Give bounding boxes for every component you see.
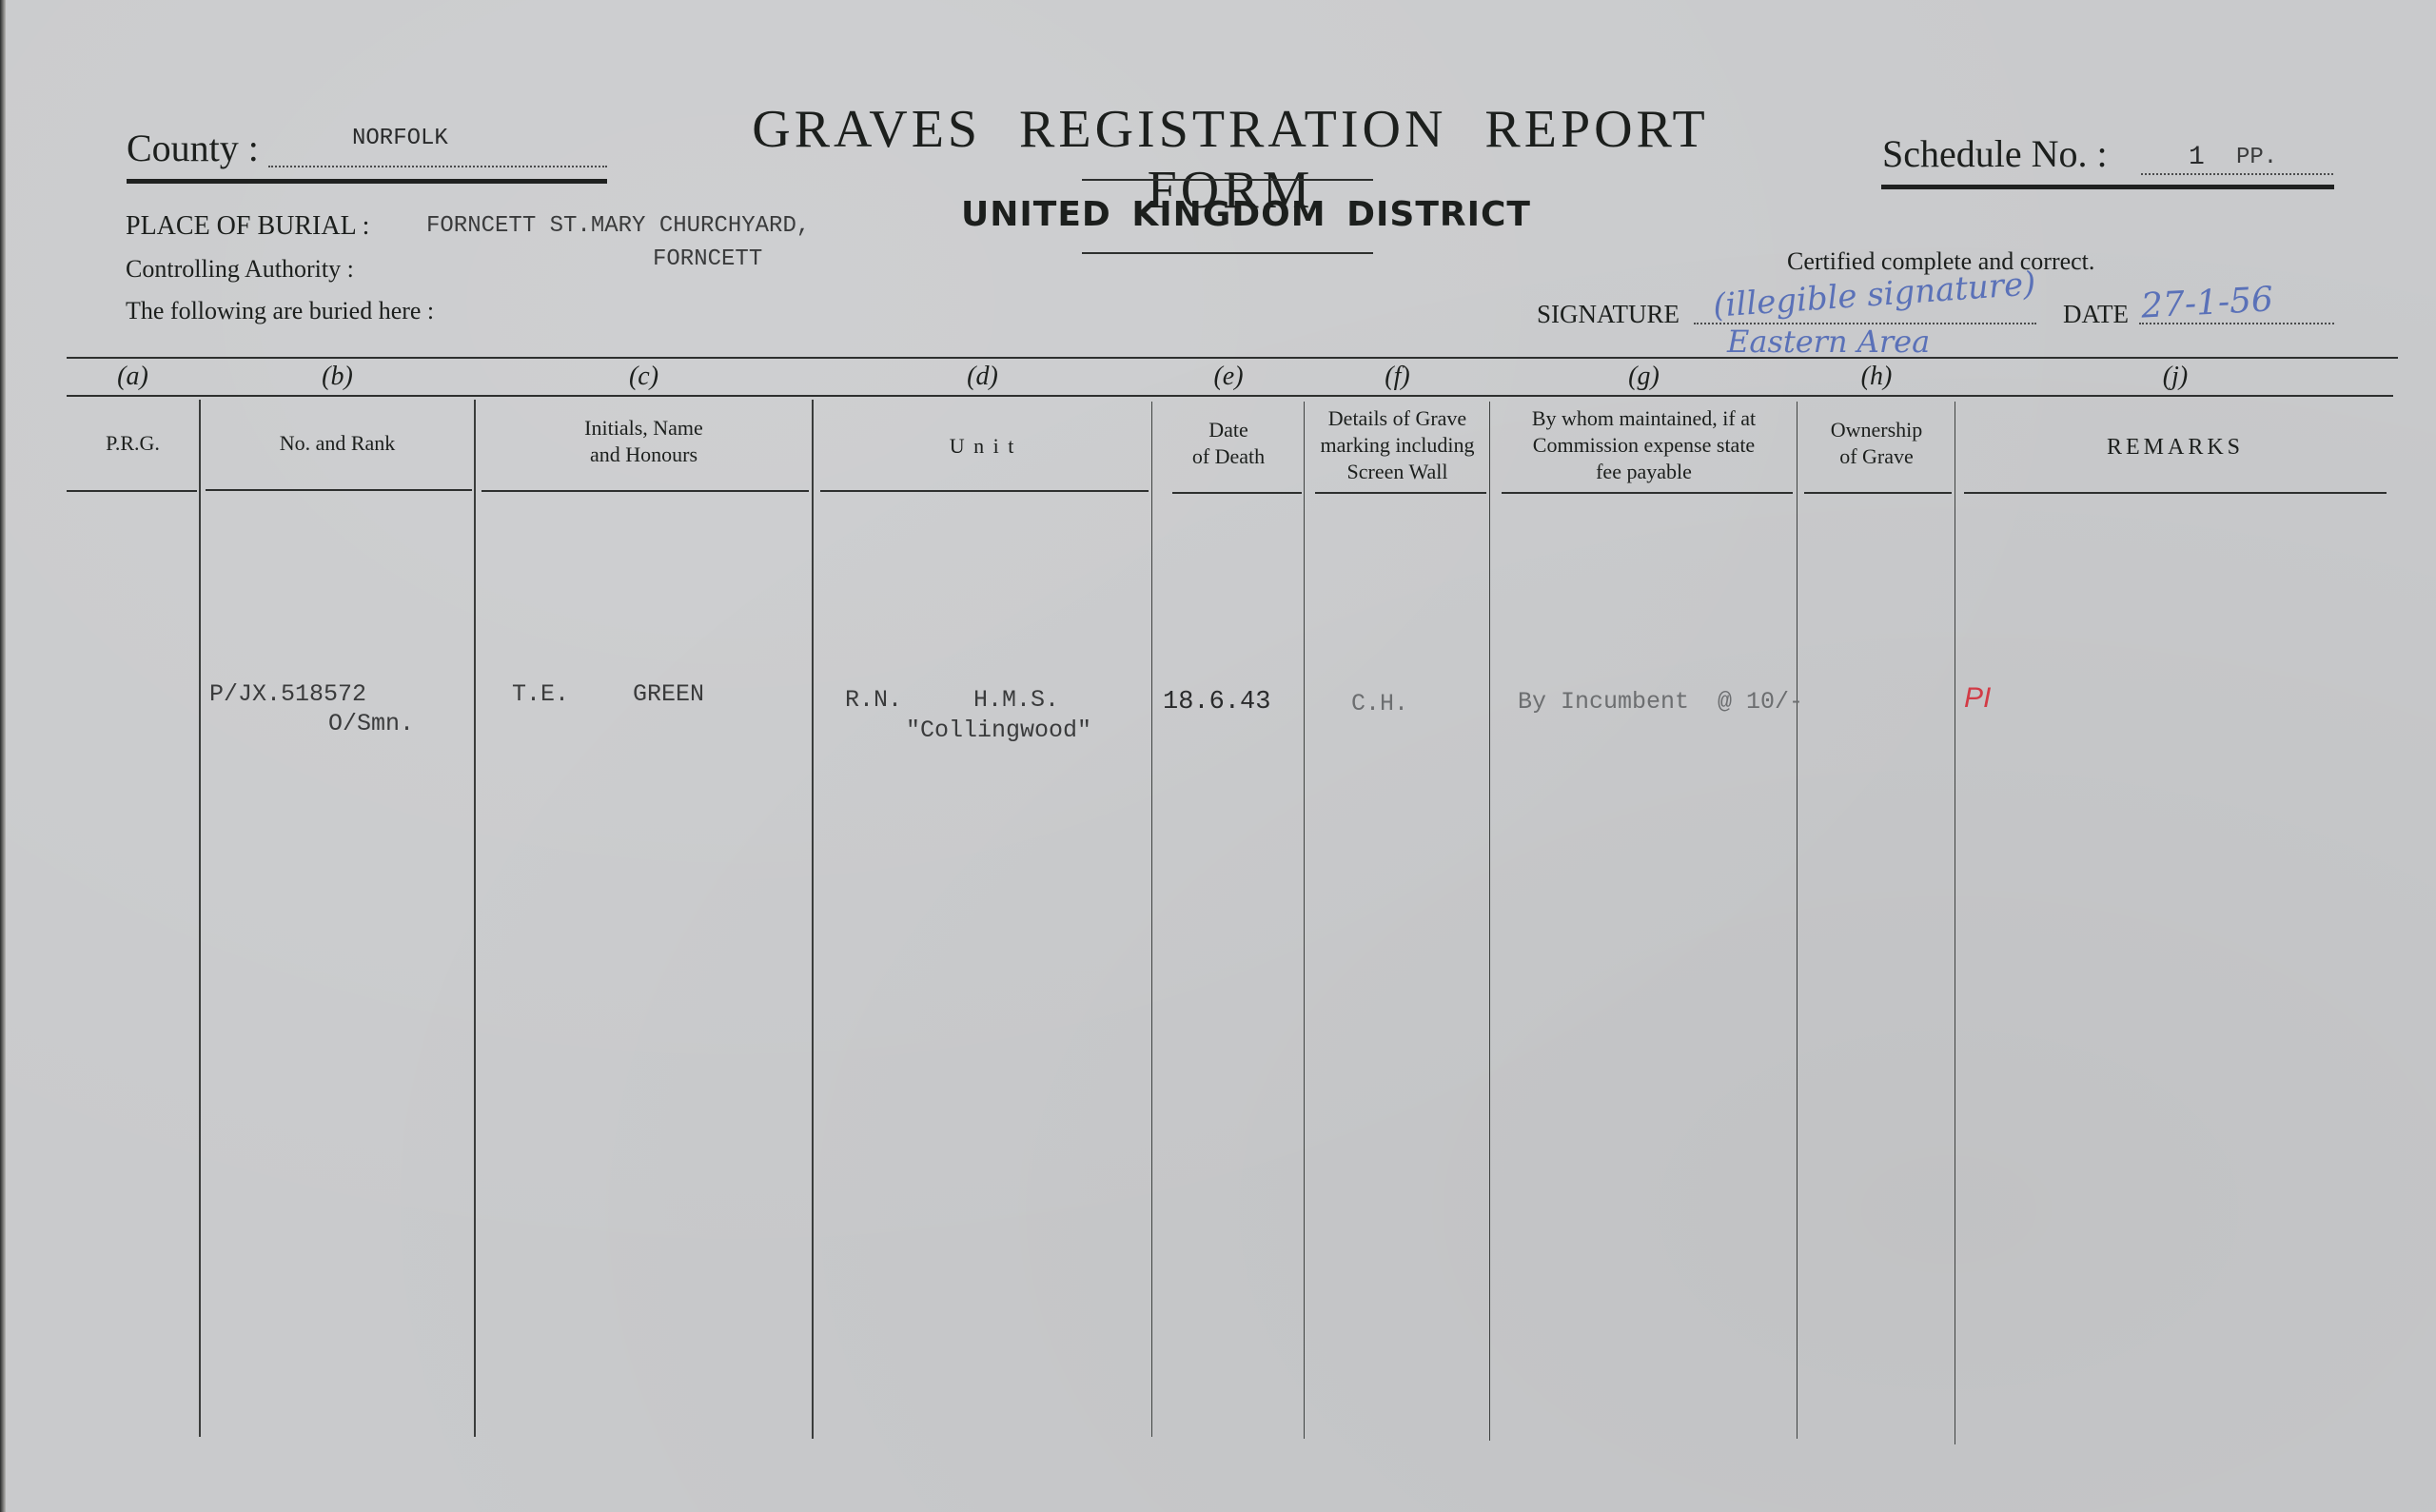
cell-service-number: P/JX.518572 (209, 679, 366, 710)
cell-maintained-by: By Incumbent @ 10/- (1518, 687, 1803, 717)
col-divider-cd (812, 400, 814, 1439)
header-rule-h (1804, 492, 1952, 494)
header-rule-e (1172, 492, 1302, 494)
signature-label: SIGNATURE (1537, 300, 1680, 329)
schedule-suffix: PP. (2236, 145, 2277, 170)
col-divider-bc (474, 400, 476, 1437)
col-header-maintained-by: By whom maintained, if at Commission exp… (1491, 405, 1797, 485)
signature-area: Eastern Area (1727, 324, 1930, 360)
col-divider-gh (1797, 402, 1798, 1439)
col-letter-a: (a) (67, 362, 199, 392)
col-letter-d: (d) (814, 362, 1151, 392)
cell-unit-line2: "Collingwood" (906, 716, 1091, 746)
col-header-date-of-death: Date of Death (1153, 417, 1304, 470)
col-letter-f: (f) (1306, 362, 1489, 392)
col-divider-hj (1955, 402, 1955, 1444)
col-divider-ab (199, 400, 201, 1437)
cell-date-of-death: 18.6.43 (1163, 687, 1270, 717)
col-header-remarks: REMARKS (1956, 434, 2394, 461)
schedule-underline (1881, 185, 2334, 189)
col-header-prg: P.R.G. (67, 430, 199, 457)
table-top-rule (67, 357, 2398, 359)
col-letter-h: (h) (1798, 362, 1955, 392)
col-header-no-rank: No. and Rank (201, 430, 474, 457)
table-letter-rule (67, 395, 2393, 397)
col-header-grave-marking: Details of Grave marking including Scree… (1306, 405, 1489, 485)
col-divider-fg (1489, 402, 1490, 1441)
header-rule-b (206, 489, 472, 491)
cell-grave-marking: C.H. (1351, 689, 1408, 719)
col-header-unit: U n i t (814, 433, 1151, 460)
col-header-name: Initials, Name and Honours (476, 415, 812, 468)
cell-initials: T.E. (512, 679, 569, 710)
county-label: County : (127, 126, 259, 170)
cell-rank: O/Smn. (328, 709, 414, 739)
col-letter-c: (c) (476, 362, 812, 392)
cell-surname: GREEN (633, 679, 704, 710)
county-underline (127, 179, 607, 184)
header-rule-g (1502, 492, 1793, 494)
cell-remarks: PI (1964, 683, 1991, 714)
col-divider-ef (1304, 402, 1305, 1439)
place-of-burial-label: PLACE OF BURIAL : (126, 211, 369, 242)
schedule-dotted-line (2141, 171, 2333, 175)
place-of-burial-value: FORNCETT ST.MARY CHURCHYARD, (426, 213, 810, 239)
header-rule-d (820, 490, 1149, 492)
header-rule-a (67, 490, 197, 492)
col-letter-g: (g) (1491, 362, 1797, 392)
controlling-authority-label: Controlling Authority : (126, 255, 354, 284)
col-letter-e: (e) (1153, 362, 1304, 392)
col-divider-de (1151, 402, 1152, 1437)
paper-edge (0, 0, 6, 1512)
county-value: NORFOLK (352, 126, 448, 151)
district-title: UNITED KINGDOM DISTRICT (961, 195, 1531, 234)
cell-unit-line1: R.N. H.M.S. (845, 685, 1059, 716)
title-rule (1082, 179, 1373, 181)
date-label: DATE (2063, 300, 2129, 329)
header-rule-j (1964, 492, 2387, 494)
district-rule (1082, 252, 1373, 254)
schedule-value: 1 (2189, 143, 2205, 172)
col-letter-j: (j) (1956, 362, 2394, 392)
header-rule-c (481, 490, 809, 492)
header-rule-f (1315, 492, 1486, 494)
schedule-label: Schedule No. : (1882, 131, 2108, 176)
date-value: 27-1-56 (2140, 280, 2274, 325)
col-header-ownership: Ownership of Grave (1798, 417, 1955, 470)
county-dotted-line (268, 164, 607, 167)
place-of-burial-value-line2: FORNCETT (653, 246, 762, 272)
buried-here-label: The following are buried here : (126, 297, 434, 325)
col-letter-b: (b) (201, 362, 474, 392)
